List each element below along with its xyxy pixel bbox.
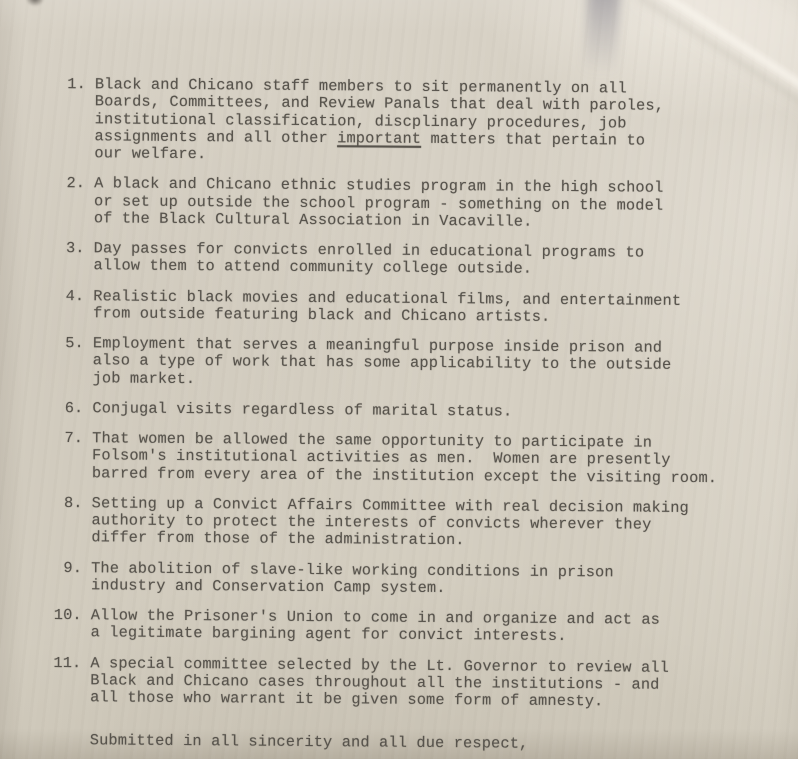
item-body: Realistic black movies and educational f… bbox=[93, 288, 681, 327]
list-item-8: 8. Setting up a Convict Affairs Committe… bbox=[54, 495, 754, 552]
text-segment: matters that pertain to bbox=[421, 130, 645, 150]
paper-edge-mark bbox=[26, 0, 44, 6]
item-body: Setting up a Convict Affairs Committee w… bbox=[91, 495, 689, 551]
list-item-7: 7. That women be allowed the same opport… bbox=[55, 430, 755, 487]
item-number: 2. bbox=[57, 175, 85, 227]
underlined-word: important bbox=[337, 129, 421, 148]
item-number: 7. bbox=[55, 430, 83, 482]
item-body: Conjugal visits regardless of marital st… bbox=[92, 400, 512, 421]
item-number: 6. bbox=[55, 400, 83, 417]
item-body: Employment that serves a meaningful purp… bbox=[93, 335, 672, 391]
list-item-10: 10. Allow the Prisoner's Union to come i… bbox=[54, 607, 754, 647]
scanned-document-page: { "page": { "colors": { "paper_base": "#… bbox=[0, 0, 798, 759]
list-item-3: 3. Day passes for convicts enrolled in e… bbox=[56, 240, 756, 280]
list-item-4: 4. Realistic black movies and educationa… bbox=[56, 287, 756, 327]
item-body: Allow the Prisoner's Union to come in an… bbox=[91, 607, 661, 646]
item-number: 3. bbox=[56, 240, 84, 275]
item-number: 1. bbox=[57, 76, 86, 162]
item-body: A special committee selected by the Lt. … bbox=[90, 655, 669, 711]
list-item-5: 5. Employment that serves a meaningful p… bbox=[56, 335, 756, 392]
item-body: Black and Chicano staff members to sit p… bbox=[94, 76, 664, 167]
item-number: 9. bbox=[54, 559, 82, 594]
item-number: 10. bbox=[54, 607, 82, 642]
text-line: barred from every area of the institutio… bbox=[92, 465, 717, 487]
list-item-11: 11. A special committee selected by the … bbox=[53, 654, 753, 711]
item-number: 5. bbox=[56, 335, 84, 387]
paper-crease-streak bbox=[584, 0, 621, 83]
item-body: The abolition of slave-like working cond… bbox=[91, 560, 614, 599]
text-line: all those who warrant it be given some f… bbox=[90, 689, 669, 711]
list-item-6: 6. Conjugal visits regardless of marital… bbox=[55, 400, 755, 423]
text-line: Conjugal visits regardless of marital st… bbox=[92, 400, 512, 421]
item-number: 4. bbox=[56, 287, 84, 322]
item-body: A black and Chicano ethnic studies progr… bbox=[94, 176, 664, 232]
list-item-9: 9. The abolition of slave-like working c… bbox=[54, 559, 754, 599]
item-body: That women be allowed the same opportuni… bbox=[92, 430, 718, 487]
list-item-2: 2. A black and Chicano ethnic studies pr… bbox=[57, 175, 757, 232]
item-number: 8. bbox=[54, 495, 82, 547]
typed-text-block: 1. Black and Chicano staff members to si… bbox=[53, 76, 758, 755]
list-item-1: 1. Black and Chicano staff members to si… bbox=[57, 76, 758, 168]
item-number: 11. bbox=[53, 654, 81, 706]
item-body: Day passes for convicts enrolled in educ… bbox=[93, 240, 644, 279]
